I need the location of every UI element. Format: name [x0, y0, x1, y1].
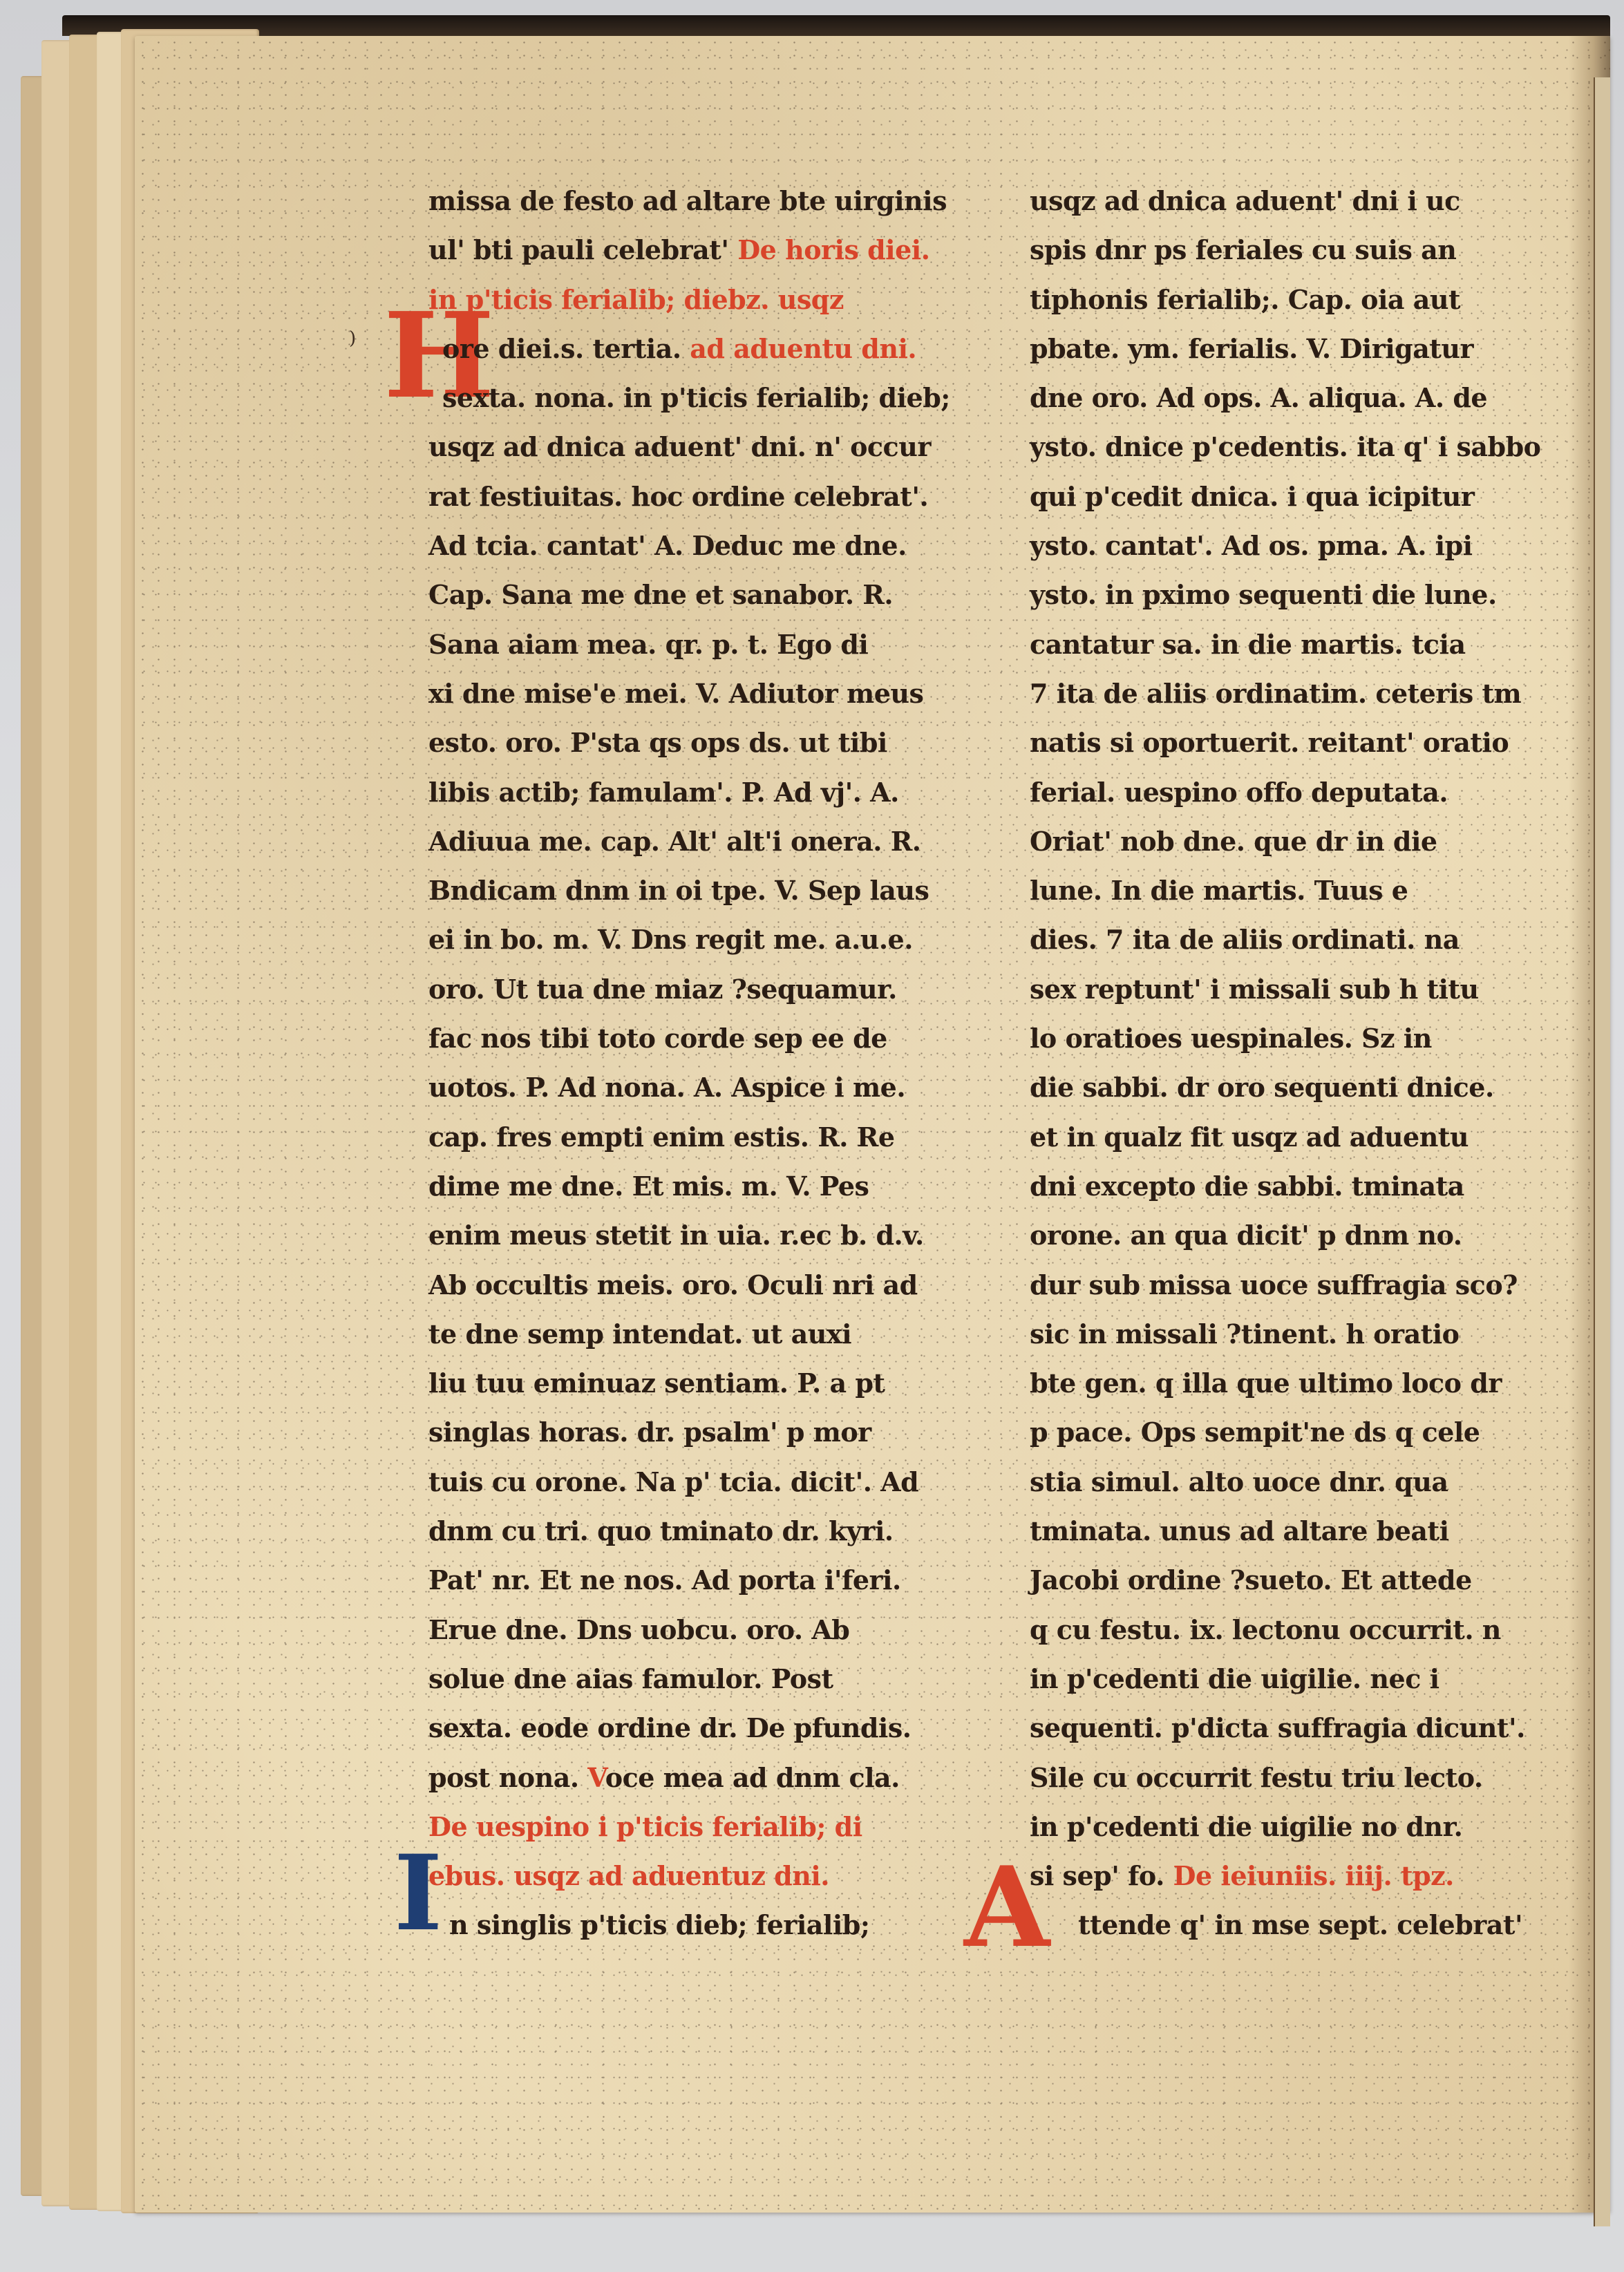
text-line: in p'cedenti die uigilie no dnr.	[1030, 1802, 1569, 1851]
right-text-column: usqz ad dnica aduent' dni i ucspis dnr p…	[1030, 176, 1569, 1950]
text-line: Ab occultis meis. oro. Oculi nri ad	[428, 1260, 967, 1309]
text-line: si sep' fo. De ieiuniis. iiij. tpz.	[1030, 1851, 1569, 1900]
text-line: et in qualz fit usqz ad aduentu	[1030, 1113, 1569, 1162]
rubric-text: V	[587, 1762, 605, 1793]
text-line: singlas horas. dr. psalm' p mor	[428, 1408, 967, 1457]
text-line: rat festiuitas. hoc ordine celebrat'.	[428, 472, 967, 521]
text-line: oro. Ut tua dne miaz ?sequamur.	[428, 965, 967, 1014]
text-line: Oriat' nob dne. que dr in die	[1030, 817, 1569, 866]
rubric-line: ebus. usqz ad aduentuz dni.	[428, 1851, 967, 1900]
text-line: ei in bo. m. V. Dns regit me. a.u.e.	[428, 915, 967, 964]
text-line: sequenti. p'dicta suffragia dicunt'.	[1030, 1703, 1569, 1752]
facing-leaf-edge	[1594, 77, 1610, 2226]
text-line: xi dne mise'e mei. V. Adiutor meus	[428, 669, 967, 718]
text-line: bte gen. q illa que ultimo loco dr	[1030, 1359, 1569, 1408]
text-line: Adiuua me. cap. Alt' alt'i onera. R.	[428, 817, 967, 866]
text-line: Cap. Sana me dne et sanabor. R.	[428, 570, 967, 619]
text-line: dies. 7 ita de aliis ordinati. na	[1030, 915, 1569, 964]
text-line: lune. In die martis. Tuus e	[1030, 866, 1569, 915]
text-line: tiphonis ferialib;. Cap. oia aut	[1030, 275, 1569, 324]
text-line: qui p'cedit dnica. i qua icipitur	[1030, 472, 1569, 521]
text-line: orone. an qua dicit' p dnm no.	[1030, 1211, 1569, 1260]
text-line: Sana aiam mea. qr. p. t. Ego di	[428, 620, 967, 669]
text-line: stia simul. alto uoce dnr. qua	[1030, 1457, 1569, 1506]
text-segment: si sep' fo.	[1030, 1860, 1173, 1891]
text-line: dne oro. Ad ops. A. aliqua. A. de	[1030, 373, 1569, 422]
text-line: ferial. uespino offo deputata.	[1030, 768, 1569, 817]
text-line: in p'cedenti die uigilie. nec i	[1030, 1654, 1569, 1703]
text-line: dni excepto die sabbi. tminata	[1030, 1162, 1569, 1211]
text-line: cantatur sa. in die martis. tcia	[1030, 620, 1569, 669]
text-line: ttende q' in mse sept. celebrat'	[1030, 1900, 1569, 1949]
book-binding-edge	[62, 15, 1610, 36]
text-line: dnm cu tri. quo tminato dr. kyri.	[428, 1506, 967, 1555]
text-line: sexta. eode ordine dr. De pfundis.	[428, 1703, 967, 1752]
text-line: pbate. ym. ferialis. V. Dirigatur	[1030, 324, 1569, 373]
text-segment: oce mea ad dnm cla.	[605, 1762, 900, 1793]
text-segment: ore diei.s. tertia.	[442, 333, 690, 364]
text-segment: ul' bti pauli celebrat'	[428, 234, 737, 265]
text-line: Sile cu occurrit festu triu lecto.	[1030, 1753, 1569, 1802]
text-line: lo oratioes uespinales. Sz in	[1030, 1014, 1569, 1063]
text-line: Bndicam dnm in oi tpe. V. Sep laus	[428, 866, 967, 915]
text-line: sexta. nona. in p'ticis ferialib; dieb;	[428, 373, 967, 422]
text-line: uotos. P. Ad nona. A. Aspice i me.	[428, 1063, 967, 1112]
text-line: Erue dne. Dns uobcu. oro. Ab	[428, 1605, 967, 1654]
text-line: natis si oportuerit. reitant' oratio	[1030, 718, 1569, 767]
text-line: sex reptunt' i missali sub h titu	[1030, 965, 1569, 1014]
text-line: libis actib; famulam'. P. Ad vj'. A.	[428, 768, 967, 817]
margin-mark: )	[349, 328, 356, 349]
text-line: usqz ad dnica aduent' dni. n' occur	[428, 422, 967, 471]
text-line: Ad tcia. cantat' A. Deduc me dne.	[428, 521, 967, 570]
left-text-column: missa de festo ad altare bte uirginisul'…	[428, 176, 967, 1950]
text-line: Jacobi ordine ?sueto. Et attede	[1030, 1555, 1569, 1604]
text-line: esto. oro. P'sta qs ops ds. ut tibi	[428, 718, 967, 767]
text-line: ore diei.s. tertia. ad aduentu dni.	[428, 324, 967, 373]
text-line: spis dnr ps feriales cu suis an	[1030, 225, 1569, 274]
text-line: q cu festu. ix. lectonu occurrit. n	[1030, 1605, 1569, 1654]
text-line: die sabbi. dr oro sequenti dnice.	[1030, 1063, 1569, 1112]
rubric-line: in p'ticis ferialib; diebz. usqz	[428, 275, 967, 324]
text-line: solue dne aias famulor. Post	[428, 1654, 967, 1703]
text-line: sic in missali ?tinent. h oratio	[1030, 1309, 1569, 1359]
text-line: n singlis p'ticis dieb; ferialib;	[428, 1900, 967, 1949]
text-line: tuis cu orone. Na p' tcia. dicit'. Ad	[428, 1457, 967, 1506]
text-line: ysto. cantat'. Ad os. pma. A. ipi	[1030, 521, 1569, 570]
text-line: ysto. dnice p'cedentis. ita q' i sabbo	[1030, 422, 1569, 471]
text-line: ul' bti pauli celebrat' De horis diei.	[428, 225, 967, 274]
text-line: dur sub missa uoce suffragia sco?	[1030, 1260, 1569, 1309]
text-segment: post nona.	[428, 1762, 587, 1793]
text-line: cap. fres empti enim estis. R. Re	[428, 1113, 967, 1162]
text-line: ysto. in pximo sequenti die lune.	[1030, 570, 1569, 619]
text-line: 7 ita de aliis ordinatim. ceteris tm	[1030, 669, 1569, 718]
rubric-line: De uespino i p'ticis ferialib; di	[428, 1802, 967, 1851]
text-line: usqz ad dnica aduent' dni i uc	[1030, 176, 1569, 225]
text-line: post nona. Voce mea ad dnm cla.	[428, 1753, 967, 1802]
text-line: liu tuu eminuaz sentiam. P. a pt	[428, 1359, 967, 1408]
rubric-text: ad aduentu dni.	[690, 333, 916, 364]
text-line: fac nos tibi toto corde sep ee de	[428, 1014, 967, 1063]
rubric-text: De ieiuniis. iiij. tpz.	[1173, 1860, 1454, 1891]
rubric-text: De horis diei.	[737, 234, 929, 265]
text-line: missa de festo ad altare bte uirginis	[428, 176, 967, 225]
text-line: dime me dne. Et mis. m. V. Pes	[428, 1162, 967, 1211]
text-line: enim meus stetit in uia. r.ec b. d.v.	[428, 1211, 967, 1260]
text-line: p pace. Ops sempit'ne ds q cele	[1030, 1408, 1569, 1457]
text-line: te dne semp intendat. ut auxi	[428, 1309, 967, 1359]
text-line: tminata. unus ad altare beati	[1030, 1506, 1569, 1555]
text-line: Pat' nr. Et ne nos. Ad porta i'feri.	[428, 1555, 967, 1604]
